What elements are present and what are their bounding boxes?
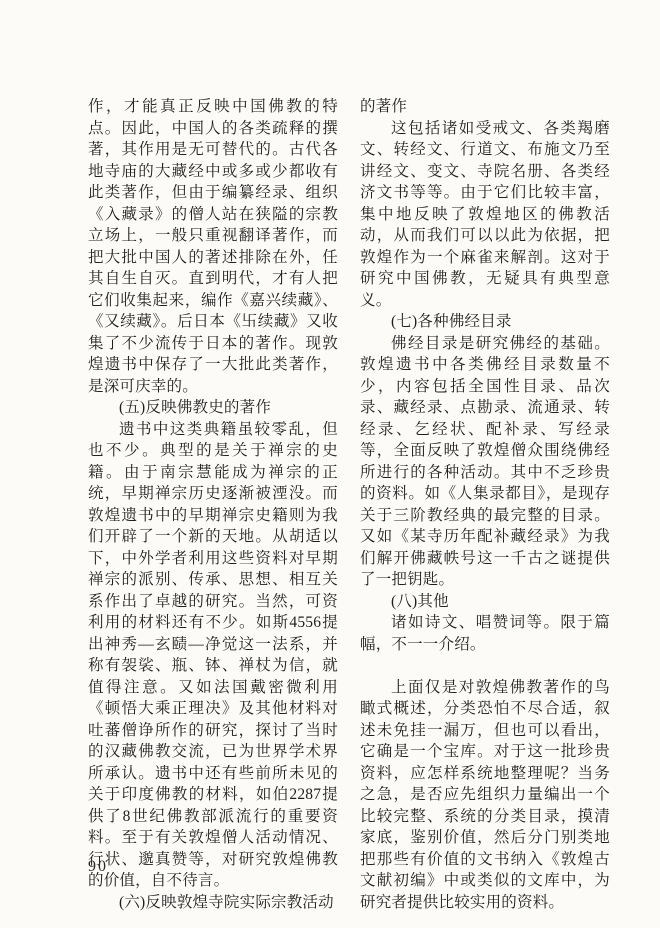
paragraph-others: 诸如诗文、唱赞词等。限于篇幅，不一一介绍。: [360, 612, 610, 655]
left-column: 作，才能真正反映中国佛教的特点。因此，中国人的各类疏释的撰著，其作用是无可替代的…: [88, 96, 338, 913]
section-heading-seven: (七)各种佛经目录: [360, 311, 610, 333]
book-page: 作，才能真正反映中国佛教的特点。因此，中国人的各类疏释的撰著，其作用是无可替代的…: [0, 0, 660, 928]
paragraph-buddhist-works-continuation: 作，才能真正反映中国佛教的特点。因此，中国人的各类疏释的撰著，其作用是无可替代的…: [88, 96, 338, 397]
section-heading-eight: (八)其他: [360, 591, 610, 613]
right-column: 的著作这包括诸如受戒文、各类羯磨文、转经文、行道文、布施文乃至讲经文、变文、寺院…: [360, 96, 610, 913]
paragraph-buddhist-history: 遗书中这类典籍虽较零乱，但也不少。典型的是关于禅宗的史籍。由于南宗慧能成为禅宗的…: [88, 419, 338, 892]
paragraph-conclusion: 上面仅是对敦煌佛教著作的鸟瞰式概述，分类恐怕不尽合适，叙述未免挂一漏万，但也可以…: [360, 677, 610, 914]
page-number: 90: [88, 858, 108, 876]
section-heading-six: (六)反映敦煌寺院实际宗教活动: [88, 892, 338, 914]
paragraph-temple-activities: 这包括诸如受戒文、各类羯磨文、转经文、行道文、布施文乃至讲经文、变文、寺院名册、…: [360, 118, 610, 312]
section-heading-six-continuation: 的著作: [360, 96, 610, 118]
paragraph-sutra-catalogues: 佛经目录是研究佛经的基础。敦煌遗书中各类佛经目录数量不少，内容包括全国性目录、品…: [360, 333, 610, 591]
section-heading-five: (五)反映佛教史的著作: [88, 397, 338, 419]
